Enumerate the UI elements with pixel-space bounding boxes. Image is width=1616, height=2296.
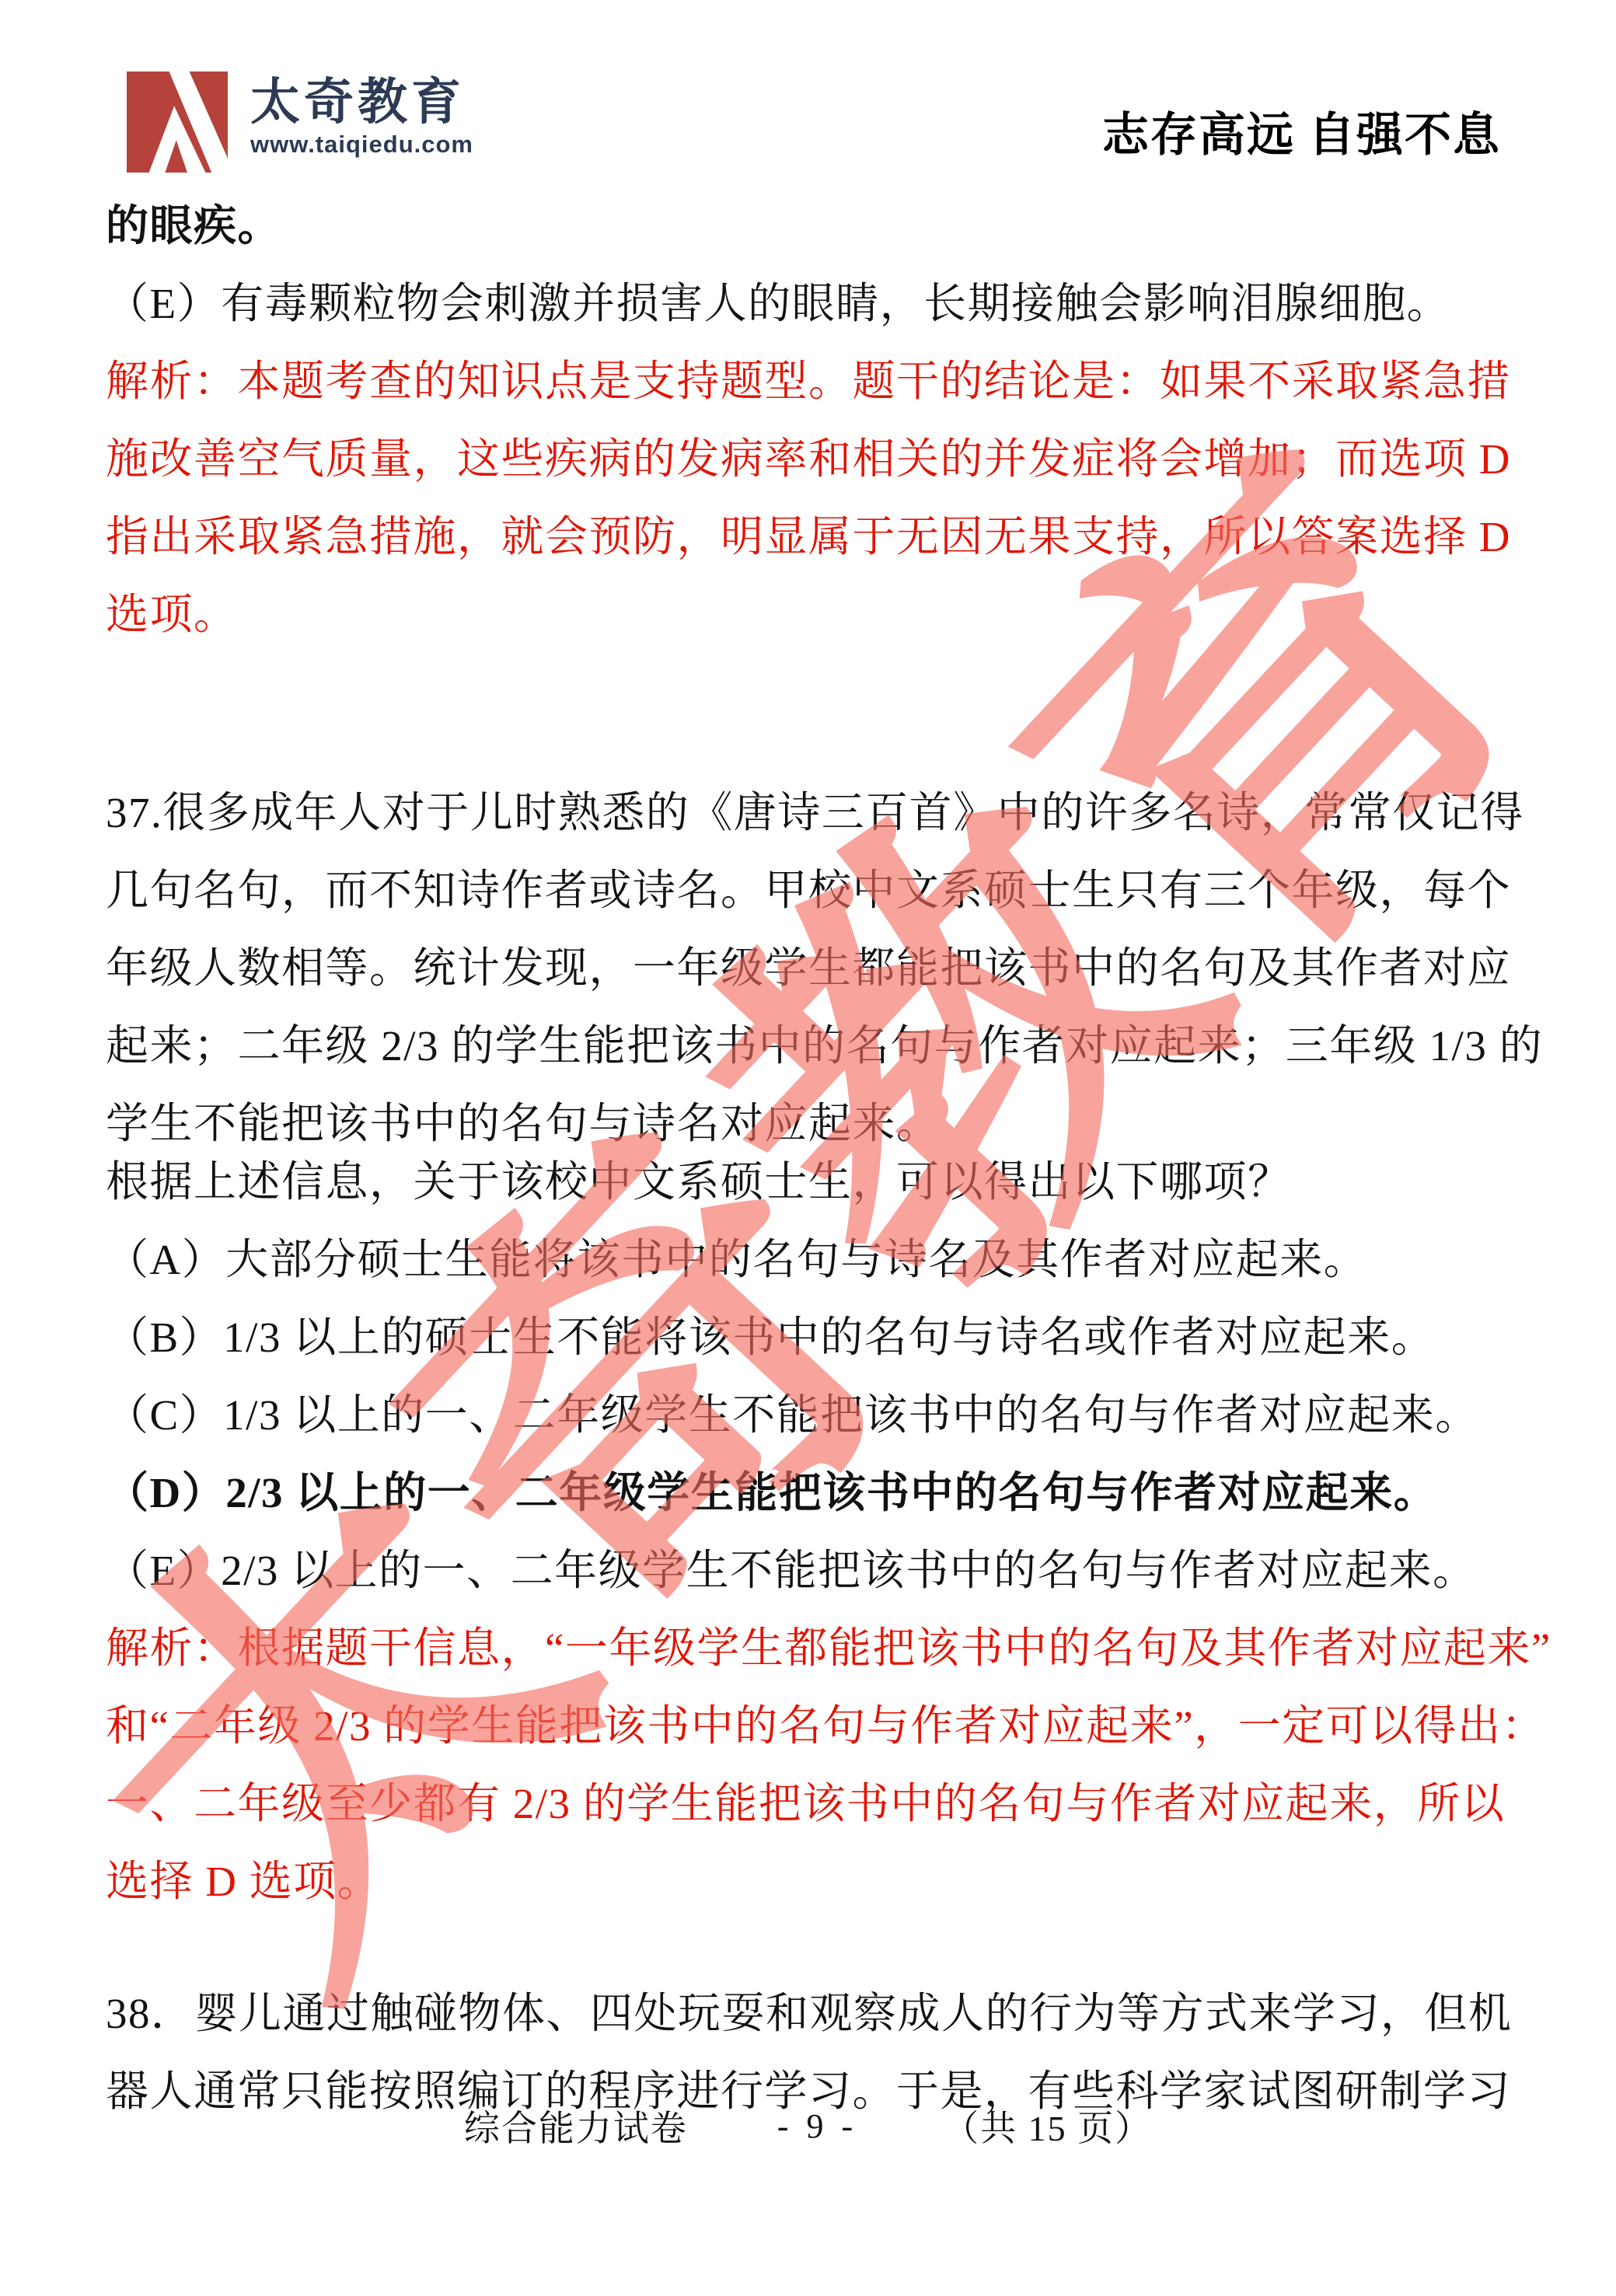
section-gap: [106, 649, 1514, 769]
logo-text-block: 太奇教育 www.taiqiedu.com: [250, 72, 473, 159]
option-b: （B）1/3 以上的硕士生不能将该书中的名句与诗名或作者对应起来。: [106, 1294, 1514, 1372]
text-line: 的眼疾。: [106, 183, 1514, 260]
analysis-line: 选项。: [106, 571, 1514, 649]
analysis-line: 指出采取紧急措施，就会预防，明显属于无因无果支持，所以答案选择 D: [106, 494, 1514, 571]
option-d-answer: （D）2/3 以上的一、二年级学生能把该书中的名句与作者对应起来。: [106, 1450, 1514, 1527]
exam-content: 的眼疾。 （E）有毒颗粒物会刺激并损害人的眼睛，长期接触会影响泪腺细胞。 解析：…: [106, 183, 1514, 2126]
analysis-line: 解析：根据题干信息，“一年级学生都能把该书中的名句及其作者对应起来”: [106, 1605, 1514, 1683]
section-gap: [106, 1916, 1514, 1970]
question-37-stem: 根据上述信息，关于该校中文系硕士生，可以得出以下哪项？: [106, 1139, 1514, 1216]
analysis-line: 一、二年级至少都有 2/3 的学生能把该书中的名句与作者对应起来，所以: [106, 1760, 1514, 1838]
analysis-line: 解析：本题考查的知识点是支持题型。题干的结论是：如果不采取紧急措: [106, 338, 1514, 416]
question-37-line: 37.很多成年人对于儿时熟悉的《唐诗三百首》中的许多名诗，常常仅记得: [106, 769, 1514, 847]
footer-page-number: - 9 -: [777, 2106, 857, 2146]
footer-total-pages: （共 15 页）: [943, 2100, 1152, 2151]
question-38-line: 38．婴儿通过触碰物体、四处玩耍和观察成人的行为等方式来学习，但机: [106, 1970, 1514, 2048]
brand-name: 太奇教育: [250, 75, 473, 129]
text-line-option-e36: （E）有毒颗粒物会刺激并损害人的眼睛，长期接触会影响泪腺细胞。: [106, 260, 1514, 338]
option-c: （C）1/3 以上的一、二年级学生不能把该书中的名句与作者对应起来。: [106, 1372, 1514, 1450]
analysis-line: 和“二年级 2/3 的学生能把该书中的名句与作者对应起来”，一定可以得出：: [106, 1683, 1514, 1760]
analysis-line: 选择 D 选项。: [106, 1838, 1514, 1916]
header-logo: 太奇教育 www.taiqiedu.com: [123, 72, 473, 173]
option-e: （E）2/3 以上的一、二年级学生不能把该书中的名句与作者对应起来。: [106, 1527, 1514, 1605]
page-footer: 综合能力试卷 - 9 - （共 15 页）: [0, 2100, 1616, 2151]
brand-website: www.taiqiedu.com: [250, 131, 473, 159]
taiqi-logo-icon: [123, 72, 232, 173]
question-37-line: 几句名句，而不知诗作者或诗名。甲校中文系硕士生只有三个年级，每个: [106, 847, 1514, 925]
analysis-line: 施改善空气质量，这些疾病的发病率和相关的并发症将会增加；而选项 D: [106, 416, 1514, 494]
option-a: （A）大部分硕士生能将该书中的名句与诗名及其作者对应起来。: [106, 1216, 1514, 1294]
document-page: 太奇教育 www.taiqiedu.com 志存高远 自强不息 的眼疾。 （E）…: [0, 0, 1616, 2296]
header-slogan: 志存高远 自强不息: [1102, 98, 1501, 165]
question-37-line: 年级人数相等。统计发现，一年级学生都能把该书中的名句及其作者对应: [106, 925, 1514, 1003]
footer-paper-title: 综合能力试卷: [464, 2100, 688, 2151]
question-37-line: 起来；二年级 2/3 的学生能把该书中的名句与作者对应起来；三年级 1/3 的: [106, 1003, 1514, 1080]
